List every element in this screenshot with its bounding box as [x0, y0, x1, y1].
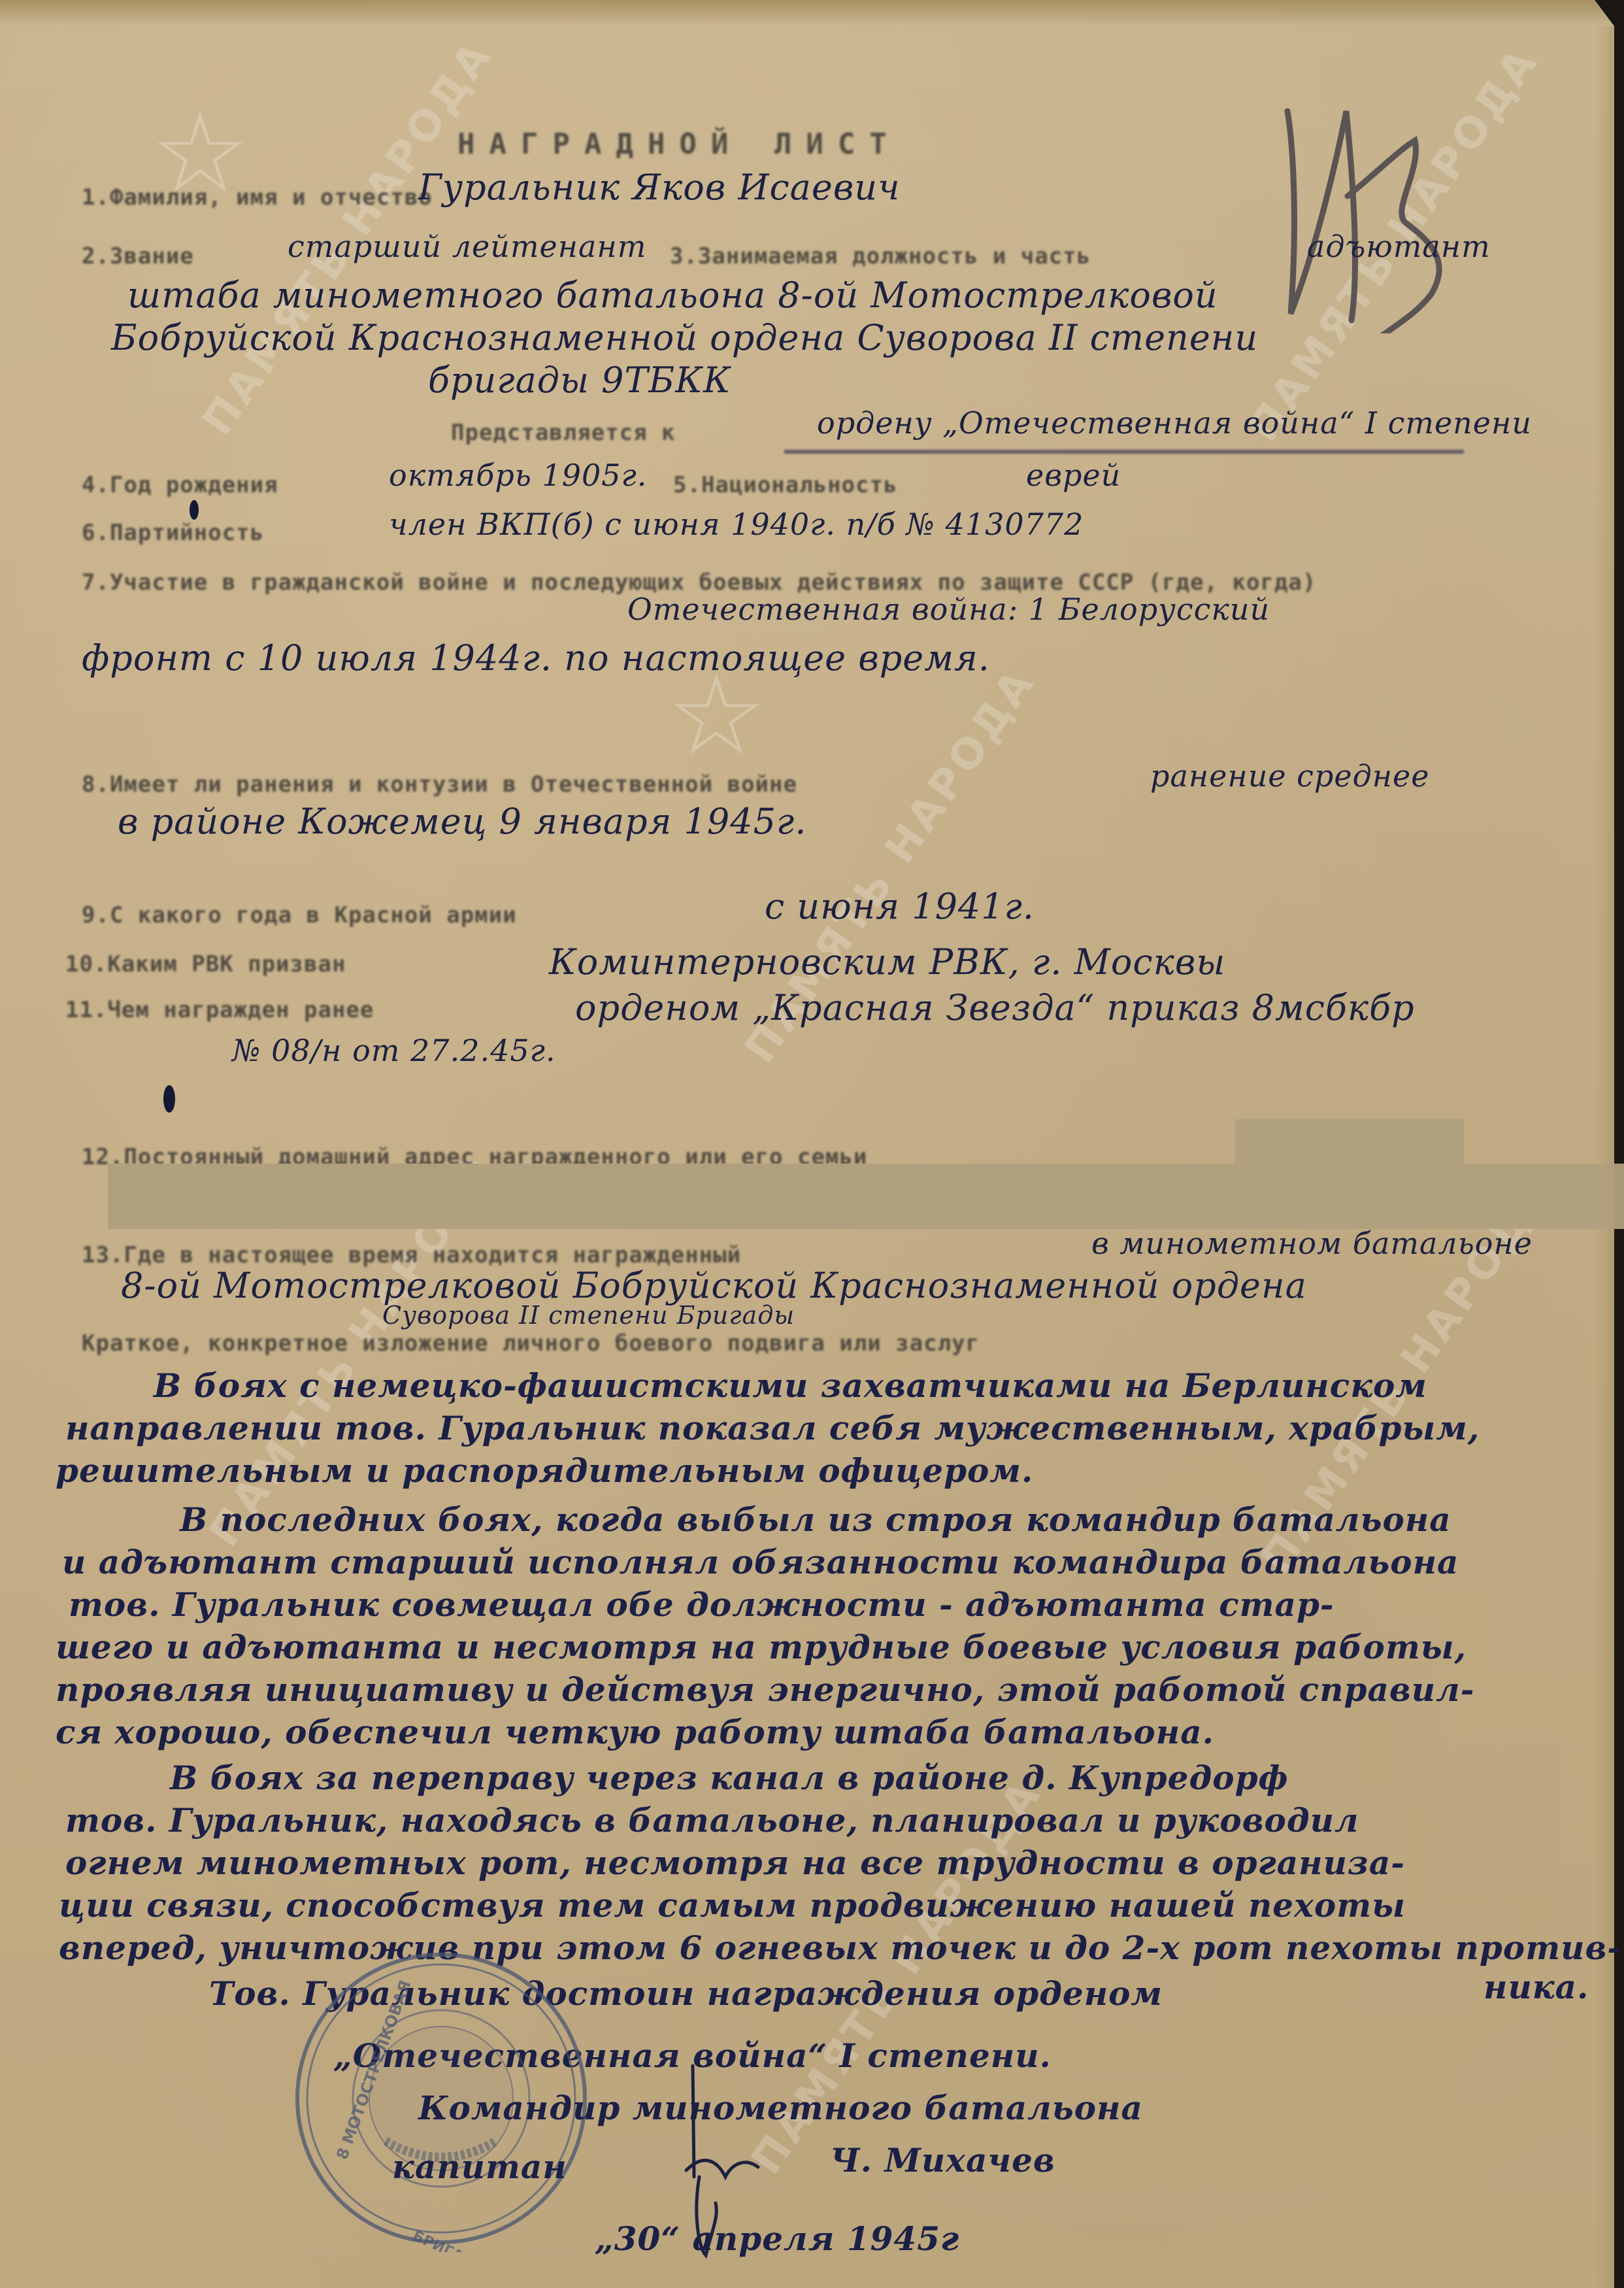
feat-line: В боях за переправу через канал в районе…: [170, 1758, 1289, 1797]
feat-line: и адъютант старший исполнял обязанности …: [62, 1543, 1459, 1581]
field-13-label: 13.Где в настоящее время находится награ…: [82, 1242, 741, 1268]
signature-rank: капитан: [392, 2147, 567, 2186]
feat-line: тов. Гуральник, находясь в батальоне, пл…: [65, 1801, 1359, 1840]
feat-line: направлении тов. Гуральник показал себя …: [65, 1409, 1480, 1447]
document-title: НАГРАДНОЙ ЛИСТ: [457, 127, 901, 161]
feat-line: решительным и распорядительным офицером.: [56, 1451, 1033, 1490]
presented-label: Представляется к: [451, 420, 676, 446]
field-10-value: Коминтерновским РВК, г. Москвы: [549, 941, 1225, 983]
field-2-value: старший лейтенант: [288, 229, 646, 264]
field-6-label: 6.Партийность: [82, 520, 264, 546]
feat-line: ника.: [1483, 1968, 1589, 2006]
ink-blot: [190, 500, 199, 520]
field-4-value: октябрь 1905г.: [389, 458, 647, 493]
field-11-label: 11.Чем награжден ранее: [65, 997, 374, 1023]
ink-blot: [163, 1085, 175, 1113]
feat-line: В боях с немецко-фашистскими захватчикам…: [154, 1366, 1427, 1405]
field-6-value: член ВКП(б) с июня 1940г. п/б № 4130772: [389, 507, 1084, 542]
field-10-label: 10.Каким РВК призван: [65, 951, 346, 977]
field-8-value-line: в районе Кожемец 9 января 1945г.: [118, 801, 806, 842]
field-8-label: 8.Имеет ли ранения и контузии в Отечеств…: [82, 771, 797, 798]
field-9-value: с июня 1941г.: [765, 886, 1035, 927]
feat-line: В последних боях, когда выбыл из строя к…: [180, 1500, 1451, 1539]
presented-underline: [784, 450, 1464, 454]
redacted-address: [108, 1164, 1624, 1229]
field-3-value-line: Бобруйской Краснознаменной ордена Суворо…: [111, 317, 1258, 358]
field-3-label: 3.Занимаемая должность и часть: [670, 243, 1091, 269]
field-9-label: 9.С какого года в Красной армии: [82, 902, 517, 928]
field-7-value-line: фронт с 10 июля 1944г. по настоящее врем…: [82, 637, 990, 679]
field-1-label: 1.Фамилия, имя и отчество: [82, 184, 433, 210]
field-13-value-line: 8-ой Мотострелковой Бобруйской Краснозна…: [121, 1265, 1307, 1306]
field-5-label: 5.Национальность: [673, 472, 898, 498]
field-13-value-line: в минометном батальоне: [1091, 1226, 1533, 1261]
feat-line: шего и адъютанта и несмотря на трудные б…: [56, 1628, 1467, 1666]
field-11-value-line: № 08/н от 27.2.45г.: [232, 1033, 556, 1068]
feat-line: ся хорошо, обеспечил четкую работу штаба…: [56, 1713, 1214, 1751]
feat-heading: Краткое, конкретное изложение личного бо…: [82, 1330, 980, 1356]
field-8-value-line: ранение среднее: [1150, 758, 1430, 794]
field-7-value-line: Отечественная война: 1 Белорусский: [627, 592, 1270, 627]
field-4-label: 4.Год рождения: [82, 472, 278, 498]
field-3-value-line: адъютант: [1307, 229, 1491, 264]
field-3-value-line: бригады 9ТБКК: [428, 360, 731, 401]
feat-line: тов. Гуральник совмещал обе должности - …: [69, 1585, 1334, 1624]
feat-line: проявляя инициативу и действуя энергично…: [56, 1670, 1474, 1709]
field-11-value-line: орденом „Красная Звезда“ приказ 8мсбкбр: [575, 987, 1415, 1028]
field-1-value: Гуральник Яков Исаевич: [418, 167, 901, 208]
resolution-mark-icon: [1274, 98, 1457, 333]
feat-line: ции связи, способствуя тем самым продвиж…: [59, 1886, 1406, 1925]
field-13-value-line: Суворова II степени Бригады: [382, 1301, 795, 1330]
field-5-value: еврей: [1026, 458, 1121, 493]
field-2-label: 2.Звание: [82, 243, 194, 269]
presented-value: ордену „Отечественная война“ I степени: [817, 405, 1532, 441]
field-3-value-line: штаба минометного батальона 8-ой Мотостр…: [127, 275, 1218, 316]
signature-date: „30“ апреля 1945г: [595, 2219, 959, 2258]
feat-line: огнем минометных рот, несмотря на все тр…: [65, 1843, 1405, 1882]
signatory-name: Ч. Михачев: [830, 2141, 1055, 2179]
